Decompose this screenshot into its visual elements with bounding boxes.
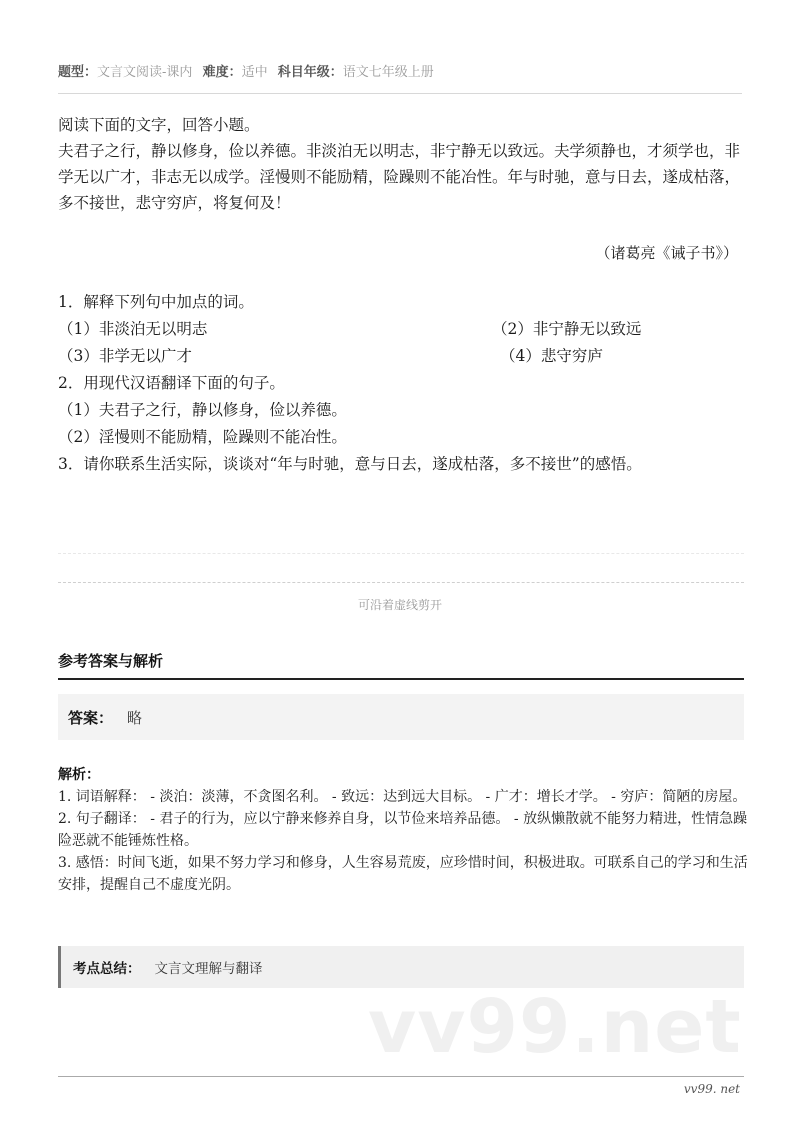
answer-box: 答案： 略 xyxy=(58,694,744,740)
watermark: vv99.net xyxy=(368,982,742,1072)
cut-label: 可沿着虚线剪开 xyxy=(0,596,800,613)
question-1-row-1: （1）非淡泊无以明志 （2）非宁静无以致远 xyxy=(58,316,748,343)
type-value: 文言文阅读-课内 xyxy=(97,65,192,80)
question-3-prompt: 3．请你联系生活实际，谈谈对“年与时驰，意与日去，遂成枯落，多不接世”的感悟。 xyxy=(58,451,748,478)
question-1-item-2: （2）非宁静无以致远 xyxy=(492,316,748,343)
answer-section-divider xyxy=(58,678,744,680)
passage-instruction: 阅读下面的文字，回答小题。 xyxy=(58,112,748,138)
cut-line-upper xyxy=(58,553,744,554)
meta-divider xyxy=(58,93,742,94)
type-label: 题型： xyxy=(58,65,97,80)
reading-passage: 阅读下面的文字，回答小题。 夫君子之行，静以修身，俭以养德。非淡泊无以明志，非宁… xyxy=(58,112,748,216)
question-list: 1．解释下列句中加点的词。 （1）非淡泊无以明志 （2）非宁静无以致远 （3）非… xyxy=(58,289,748,478)
grade-value: 语文七年级上册 xyxy=(343,65,434,80)
question-2-prompt: 2．用现代汉语翻译下面的句子。 xyxy=(58,370,748,397)
question-1-item-4: （4）悲守穷庐 xyxy=(492,343,748,370)
analysis-block: 解析： 1. 词语解释： - 淡泊：淡薄，不贪图名利。 - 致远：达到远大目标。… xyxy=(58,764,748,896)
question-1-item-1: （1）非淡泊无以明志 xyxy=(58,316,492,343)
question-meta-bar: 题型：文言文阅读-课内 难度：适中 科目年级：语文七年级上册 xyxy=(58,64,742,82)
analysis-line-3: 3. 感悟：时间飞逝，如果不努力学习和修身，人生容易荒废，应珍惜时间，积极进取。… xyxy=(58,852,748,896)
analysis-line-2: 2. 句子翻译： - 君子的行为，应以宁静来修养自身，以节俭来培养品德。 - 放… xyxy=(58,808,748,852)
answer-section-title: 参考答案与解析 xyxy=(58,650,163,671)
analysis-label: 解析： xyxy=(58,764,748,786)
difficulty-label: 难度： xyxy=(203,65,242,80)
grade-label: 科目年级： xyxy=(278,65,343,80)
answer-label: 答案： xyxy=(68,707,113,728)
summary-label: 考点总结： xyxy=(73,957,141,977)
question-1-item-3: （3）非学无以广才 xyxy=(58,343,492,370)
passage-source: （诸葛亮《诫子书》） xyxy=(595,242,738,263)
cut-line xyxy=(58,582,744,583)
analysis-line-1: 1. 词语解释： - 淡泊：淡薄，不贪图名利。 - 致远：达到远大目标。 - 广… xyxy=(58,786,748,808)
question-2-item-1: （1）夫君子之行，静以修身，俭以养德。 xyxy=(58,397,748,424)
answer-value: 略 xyxy=(127,707,142,728)
difficulty-value: 适中 xyxy=(242,65,268,80)
footer-site: vv99. net xyxy=(684,1082,740,1096)
question-2-item-2: （2）淫慢则不能励精，险躁则不能冶性。 xyxy=(58,424,748,451)
footer-divider xyxy=(58,1076,744,1077)
question-1-prompt: 1．解释下列句中加点的词。 xyxy=(58,289,748,316)
passage-text: 夫君子之行，静以修身，俭以养德。非淡泊无以明志，非宁静无以致远。夫学须静也，才须… xyxy=(58,138,748,216)
summary-value: 文言文理解与翻译 xyxy=(155,957,263,977)
question-1-row-2: （3）非学无以广才 （4）悲守穷庐 xyxy=(58,343,748,370)
